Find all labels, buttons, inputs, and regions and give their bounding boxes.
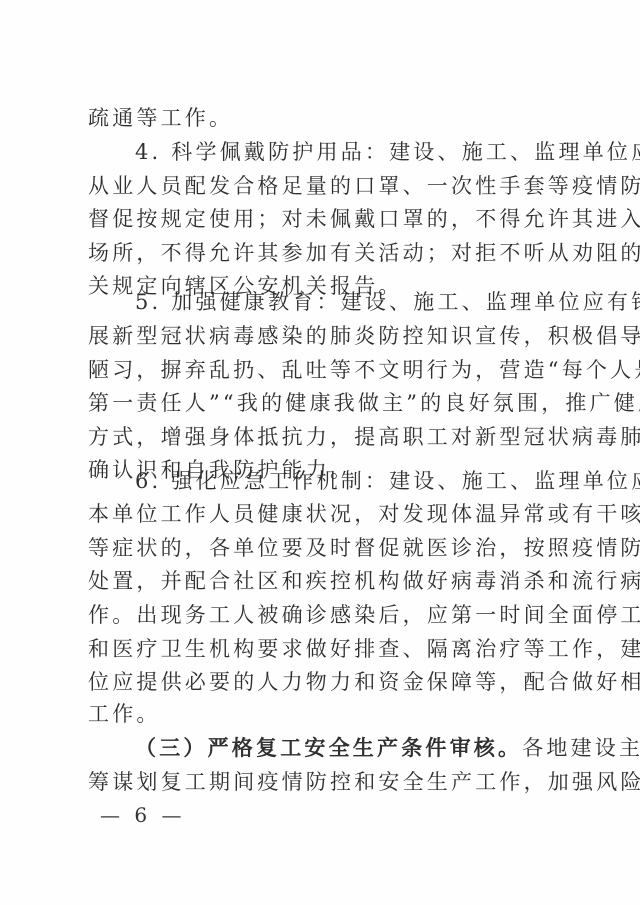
paragraph-start-line: 5. 加强健康教育：建设、施工、监理单位应有针对性地开 bbox=[135, 285, 558, 319]
text-line: 督促按规定使用；对未佩戴口罩的，不得允许其进入食堂等公共 bbox=[88, 202, 558, 236]
text-line: 第一责任人”“我的健康我做主”的良好氛围，推广健康的生活 bbox=[88, 386, 558, 420]
section-3-heading: （三）严格复工安全生产条件审核。 bbox=[135, 735, 522, 760]
text-line: 等症状的，各单位要及时督促就医诊治，按照疫情防控有关要求 bbox=[88, 531, 558, 565]
text-line: 陋习，摒弃乱扔、乱吐等不文明行为，营造“每个人是自己健康 bbox=[88, 353, 558, 387]
text-line: 从业人员配发合格足量的口罩、一次性手套等疫情防控物资，并 bbox=[88, 169, 558, 203]
text-line: 和医疗卫生机构要求做好排查、隔离治疗等工作，建设、施工单 bbox=[88, 632, 558, 666]
text-line: 疏通等工作。 bbox=[88, 101, 558, 135]
section-3-text: 各地建设主管部门要统 bbox=[522, 736, 640, 760]
page-number: — 6 — bbox=[100, 800, 185, 830]
text-line: 场所，不得允许其参加有关活动；对拒不听从劝阻的，应按照有 bbox=[88, 236, 558, 270]
paragraph-start-line: 4. 科学佩戴防护用品：建设、施工、监理单位应为每一名 bbox=[135, 135, 558, 169]
section-3-heading-line: （三）严格复工安全生产条件审核。各地建设主管部门要统 bbox=[135, 731, 558, 765]
text-line: 展新型冠状病毒感染的肺炎防控知识宣传，积极倡导讲卫生、除 bbox=[88, 319, 558, 353]
paragraph-start-line: 6. 强化应急工作机制：建设、施工、监理单位应密切关注 bbox=[135, 464, 558, 498]
document-page: 疏通等工作。4. 科学佩戴防护用品：建设、施工、监理单位应为每一名从业人员配发合… bbox=[0, 0, 640, 905]
text-line: 作。出现务工人被确诊感染后，应第一时间全面停工，按照疾控 bbox=[88, 598, 558, 632]
section-3-line-2: 筹谋划复工期间疫情防控和安全生产工作，加强风险分析研判， bbox=[88, 765, 558, 799]
text-line: 处置，并配合社区和疾控机构做好病毒消杀和流行病学调查等工 bbox=[88, 564, 558, 598]
text-line: 工作。 bbox=[88, 697, 558, 731]
text-line: 方式，增强身体抵抗力，提高职工对新型冠状病毒肺炎防治的正 bbox=[88, 420, 558, 454]
text-line: 本单位工作人员健康状况，对发现体温异常或有干咳、全身乏力 bbox=[88, 497, 558, 531]
text-line: 位应提供必要的人力物力和资金保障等，配合做好相关后续管理 bbox=[88, 665, 558, 699]
